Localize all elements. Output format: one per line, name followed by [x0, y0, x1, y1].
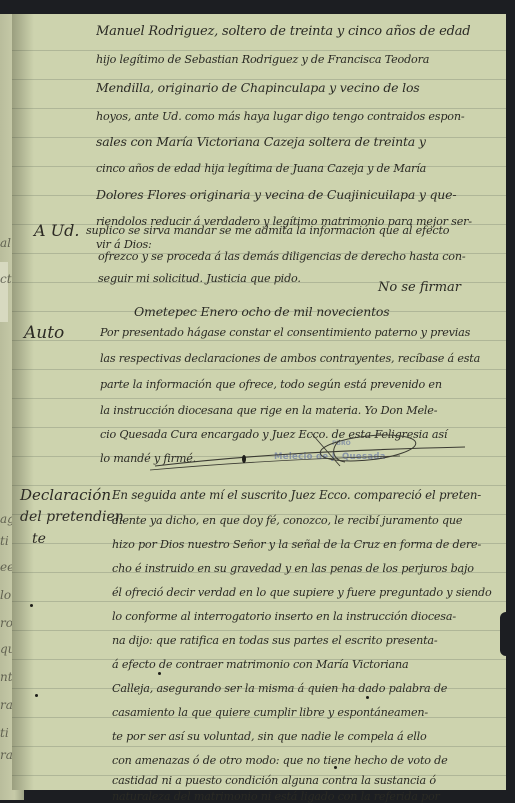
manuscript-page	[12, 14, 506, 790]
declaration-line: naturaleza del matrimonio ni está ligado…	[112, 790, 507, 800]
auto-line: Por presentado hágase constar el consent…	[100, 326, 507, 339]
declaration-line: Calleja, asegurando ser la misma á quien…	[112, 682, 507, 695]
petition-line: hijo legítimo de Sebastian Rodriguez y d…	[96, 53, 507, 66]
margin-label-del-pretendien: del pretendien	[20, 508, 124, 526]
adjacent-page-fragment: ti	[0, 726, 9, 740]
adjacent-page-fragment: ti	[0, 534, 9, 548]
adjacent-page-fragment: ct	[0, 272, 12, 286]
stamp-title: PBRO	[332, 440, 351, 447]
ink-speck	[158, 672, 161, 675]
priest-stamp: PBRO Melecio de J. Quesada	[270, 438, 430, 478]
margin-label-declaracion: Declaración	[20, 486, 111, 504]
margin-label-te: te	[32, 530, 46, 548]
ink-speck	[35, 694, 38, 697]
adjacent-page-fragment: lo	[0, 588, 11, 602]
signature-note: No se firmar	[378, 280, 461, 295]
petition-line: Dolores Flores originaria y vecina de Cu…	[96, 187, 507, 202]
document-viewer: al ct ag ti ee lo ro que nt ras ti ran M…	[0, 0, 515, 800]
ink-speck	[366, 696, 369, 699]
petition-line: sales con María Victoriana Cazeja solter…	[96, 134, 507, 149]
ink-speck	[30, 604, 33, 607]
ink-speck	[334, 766, 337, 769]
declaration-line: cho é instruido en su gravedad y en las …	[112, 562, 507, 575]
adjacent-page-fragment: nt	[0, 670, 13, 684]
adjacent-page-tab	[0, 262, 8, 322]
auto-date-line: Ometepec Enero ocho de mil novecientos	[134, 304, 507, 319]
declaration-line: diente ya dicho, en que doy fé, conozco,…	[112, 514, 507, 527]
declaration-line: á efecto de contraer matrimonio con Marí…	[112, 658, 507, 671]
declaration-line: na dijo: que ratifica en todas sus parte…	[112, 634, 507, 647]
petition-line: cinco años de edad hija legítima de Juan…	[96, 162, 507, 175]
declaration-line: él ofreció decir verdad en lo que supier…	[112, 586, 507, 599]
auto-line: las respectivas declaraciones de ambos c…	[100, 352, 507, 365]
declaration-line: hizo por Dios nuestro Señor y la señal d…	[112, 538, 507, 551]
declaration-line: te por ser así su voluntad, sin que nadi…	[112, 730, 507, 743]
auto-line: la instrucción diocesana que rige en la …	[100, 404, 507, 417]
declaration-line: castidad ni a puesto condición alguna co…	[112, 774, 507, 787]
declaration-line: En seguida ante mí el suscrito Juez Ecco…	[112, 488, 507, 502]
declaration-line: con amenazas ó de otro modo: que no tien…	[112, 754, 507, 767]
declaration-line: lo conforme al interrogatorio inserto en…	[112, 610, 507, 623]
petition-line: Mendilla, originario de Chapinculapa y v…	[96, 80, 507, 95]
margin-label-auto: Auto	[24, 324, 64, 342]
adjacent-page-fragment: al	[0, 236, 11, 250]
declaration-line: casamiento la que quiere cumplir libre y…	[112, 706, 507, 719]
request-line: ofrezco y se proceda á las demás diligen…	[98, 250, 507, 263]
petition-line: Manuel Rodriguez, soltero de treinta y c…	[96, 24, 507, 39]
margin-label-a-ud: A Ud.	[34, 222, 79, 240]
stamp-name: Melecio de J. Quesada	[274, 452, 386, 462]
request-line: suplico se sirva mandar se me admita la …	[86, 224, 507, 237]
petition-line: hoyos, ante Ud. como más haya lugar digo…	[96, 110, 507, 123]
auto-line: parte la información que ofrece, todo se…	[100, 378, 507, 391]
